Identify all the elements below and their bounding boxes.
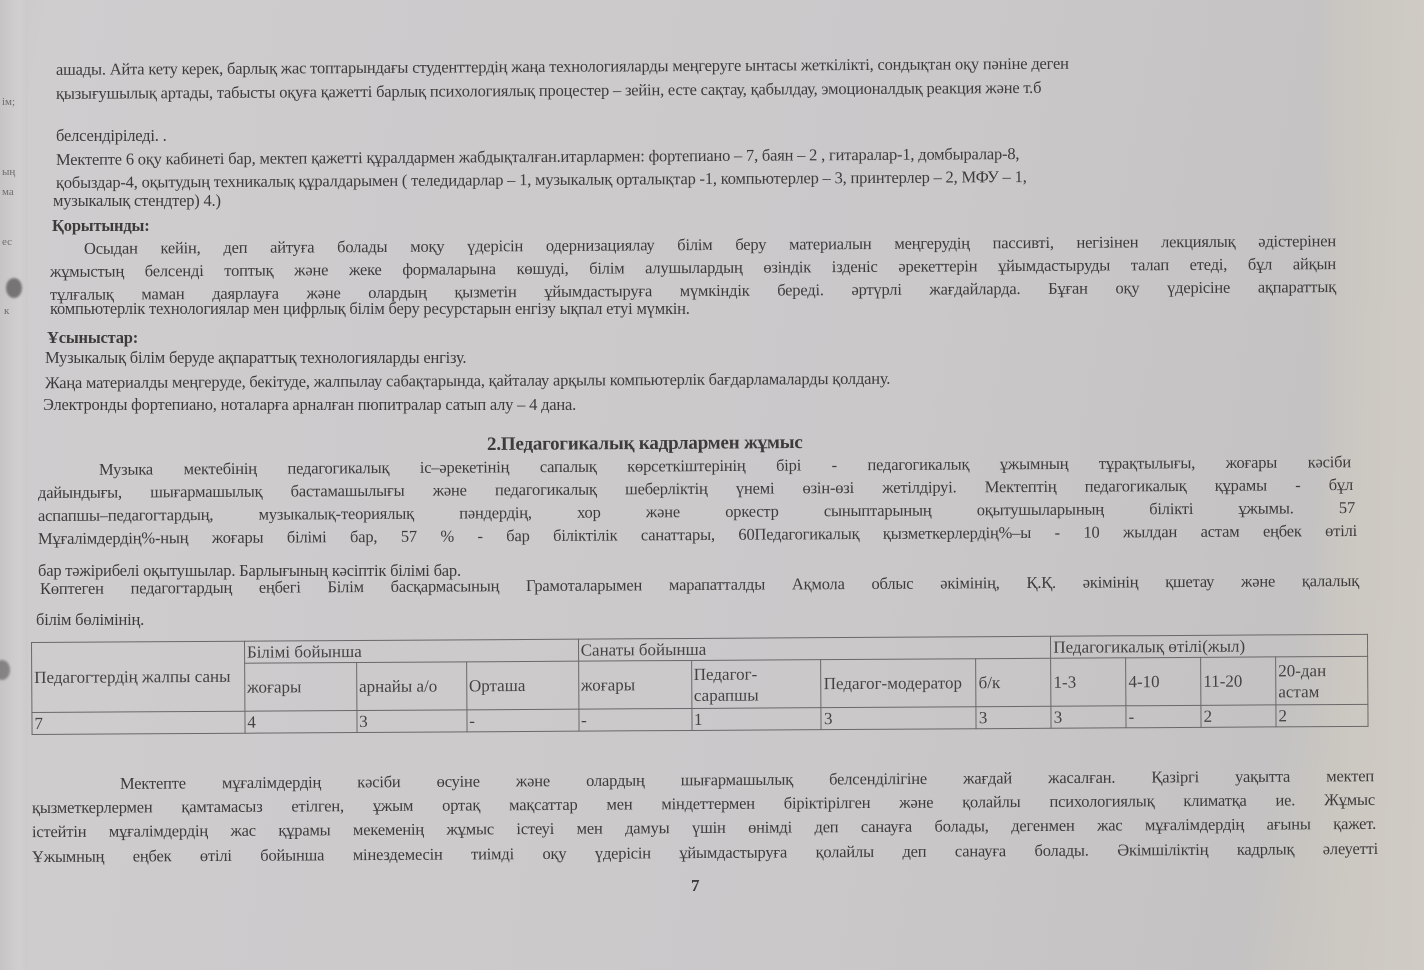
header-category-col: б/к	[976, 658, 1051, 706]
header-category-col: жоғары	[578, 660, 691, 709]
text-line: қызметкерлермен қамтамасыз етілген, ұжым…	[32, 790, 1375, 818]
header-experience-col: 1-3	[1051, 658, 1126, 706]
text-line: Мұғалімдердің%-ның жоғары білімі бар, 57…	[38, 521, 1357, 549]
text-line: ашады. Айта кету керек, барлық жас топта…	[56, 52, 1328, 80]
header-education-group: Білімі бойынша	[244, 639, 578, 663]
text-line: қызығушылық артады, табысты оқуға қажетт…	[56, 76, 1328, 104]
cell-education: 4	[245, 711, 357, 734]
text-line: қобыздар-4, оқытудың техникалық құралдар…	[56, 167, 1027, 193]
header-experience-group: Педагогикалық өтілі(жыл)	[1051, 634, 1368, 658]
text-line: білім бөлімінің.	[36, 610, 144, 630]
text-line: Мектепте 6 оқу кабинеті бар, мектеп қаже…	[56, 144, 1019, 170]
text-line: Ұжымның еңбек өтілі бойынша мінездемесін…	[32, 839, 1378, 867]
header-total-teachers: Педагогтердің жалпы саны	[32, 641, 245, 712]
cell-total: 7	[32, 711, 245, 734]
section-heading-conclusion: Қорытынды:	[52, 216, 150, 236]
header-education-col: Орташа	[466, 661, 578, 710]
header-education-col: жоғары	[244, 663, 356, 712]
cell-experience: 3	[1051, 706, 1126, 728]
cell-category: 1	[691, 708, 821, 731]
cell-category: 3	[821, 707, 976, 730]
cell-education: -	[467, 709, 579, 732]
header-category-col: Педагог-модератор	[821, 659, 976, 708]
text-line: Мектепте мұғалімдердің кәсіби өсуіне жән…	[120, 766, 1374, 794]
recommendation-item: Жаңа материалды меңгеруде, бекітуде, жал…	[45, 369, 890, 393]
recommendation-item: Электронды фортепиано, ноталарға арналға…	[43, 395, 576, 415]
page-number: 7	[691, 876, 700, 896]
cell-experience: 2	[1276, 704, 1368, 727]
cell-experience: 2	[1201, 705, 1276, 727]
header-experience-col: 4-10	[1126, 657, 1201, 705]
recommendation-item: Музыкалық білім беруде ақпараттық технол…	[45, 348, 466, 368]
header-category-group: Санаты бойынша	[578, 636, 1051, 661]
cell-category: 3	[976, 706, 1051, 728]
header-experience-col: 11-20	[1201, 657, 1276, 705]
header-category-col: Педагог-сарапшы	[691, 660, 821, 709]
staff-statistics-table: Педагогтердің жалпы саны Білімі бойынша …	[31, 634, 1369, 735]
text-line: компьютерлік технологиялар мен цифрлық б…	[50, 299, 690, 319]
document-page: ашады. Айта кету керек, барлық жас топта…	[0, 0, 1424, 970]
section-title: 2.Педагогикалық кадрлармен жұмыс	[487, 433, 803, 455]
text-line: музыкалық стендтер) 4.)	[53, 191, 221, 211]
header-experience-col: 20-дан астам	[1276, 656, 1368, 705]
header-education-col: арнайы а/о	[356, 662, 466, 711]
cell-education: 3	[357, 710, 467, 733]
text-line: істейтін мұғалімдердің жас құрамы мекеме…	[32, 814, 1376, 842]
cell-category: -	[579, 708, 692, 731]
text-line: белсендіріледі. .	[56, 126, 167, 146]
section-heading-recommendations: Ұсыныстар:	[47, 328, 138, 348]
cell-experience: -	[1126, 705, 1201, 727]
